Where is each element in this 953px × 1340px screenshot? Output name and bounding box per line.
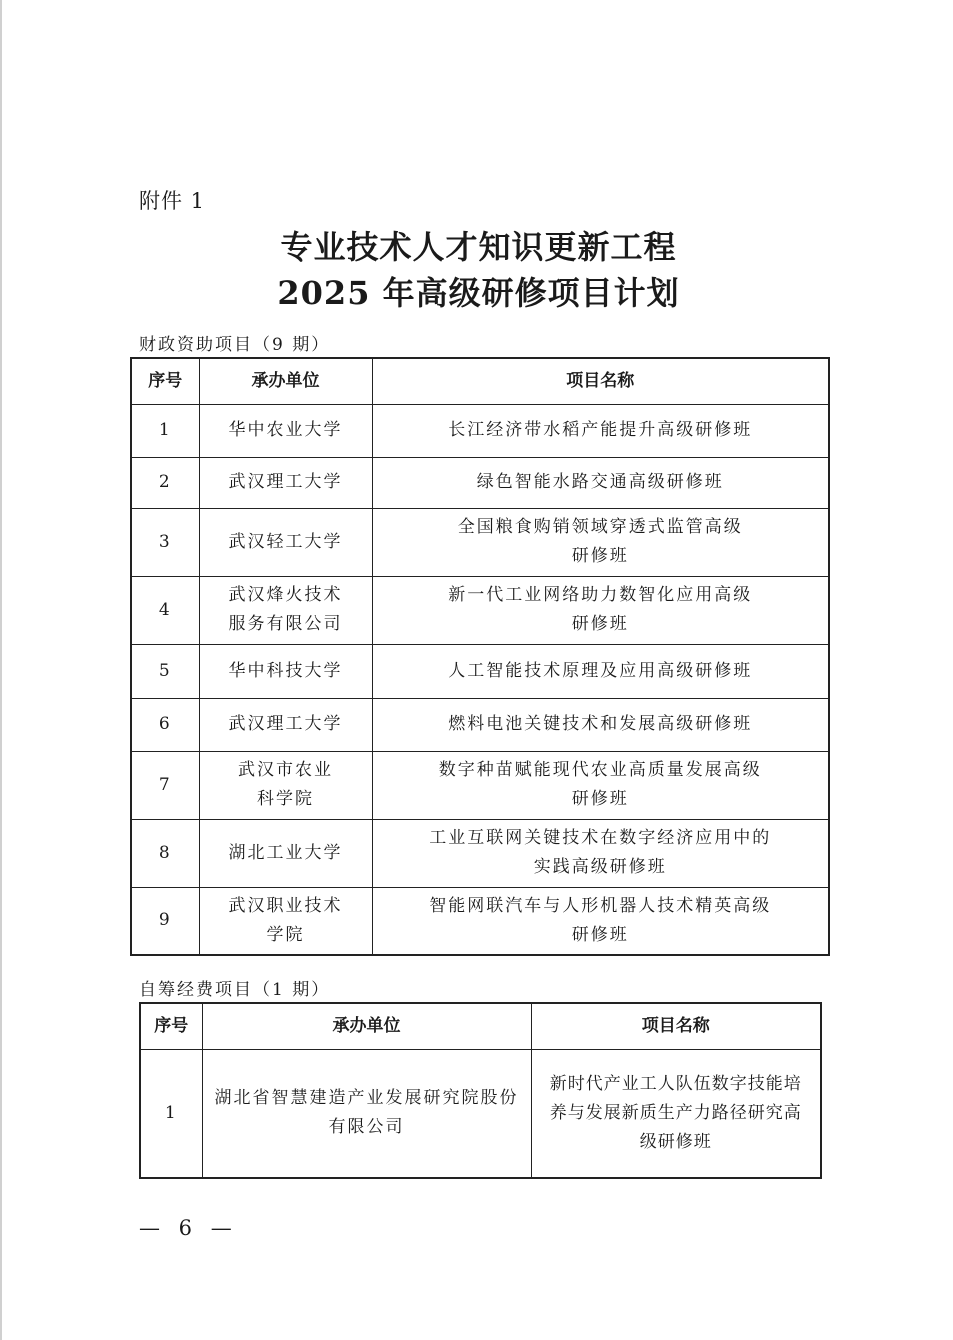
cell-project: 全国粮食购销领域穿透式监管高级 研修班 (372, 508, 829, 576)
cell-no: 4 (131, 576, 199, 644)
table-header-row: 序号 承办单位 项目名称 (140, 1003, 821, 1049)
cell-project: 新时代产业工人队伍数字技能培 养与发展新质生产力路径研究高 级研修班 (531, 1049, 821, 1178)
cell-project: 长江经济带水稻产能提升高级研修班 (372, 404, 829, 457)
cell-no: 8 (131, 819, 199, 887)
header-unit: 承办单位 (202, 1003, 531, 1049)
header-project: 项目名称 (531, 1003, 821, 1049)
cell-no: 9 (131, 887, 199, 955)
cell-no: 1 (140, 1049, 202, 1178)
table-row: 5 华中科技大学 人工智能技术原理及应用高级研修班 (131, 644, 829, 698)
cell-unit: 武汉市农业 科学院 (199, 751, 372, 819)
cell-project: 绿色智能水路交通高级研修班 (372, 457, 829, 508)
page-number: — 6 — (139, 1216, 238, 1240)
funded-section-label: 财政资助项目（9 期） (139, 330, 330, 355)
table-row: 2 武汉理工大学 绿色智能水路交通高级研修班 (131, 457, 829, 508)
attachment-label: 附件 1 (139, 185, 205, 215)
cell-unit: 武汉理工大学 (199, 457, 372, 508)
document-title-line2: 2025 年高级研修项目计划 (2, 268, 953, 314)
table-row: 1 华中农业大学 长江经济带水稻产能提升高级研修班 (131, 404, 829, 457)
table-row: 7 武汉市农业 科学院 数字种苗赋能现代农业高质量发展高级 研修班 (131, 751, 829, 819)
cell-no: 6 (131, 698, 199, 751)
funded-projects-table: 序号 承办单位 项目名称 1 华中农业大学 长江经济带水稻产能提升高级研修班 2… (130, 357, 830, 956)
cell-unit: 华中农业大学 (199, 404, 372, 457)
cell-unit: 华中科技大学 (199, 644, 372, 698)
self-funded-projects-table: 序号 承办单位 项目名称 1 湖北省智慧建造产业发展研究院股份 有限公司 新时代… (139, 1002, 822, 1179)
self-funded-section-label: 自筹经费项目（1 期） (139, 975, 330, 1000)
cell-project: 智能网联汽车与人形机器人技术精英高级 研修班 (372, 887, 829, 955)
table-row: 1 湖北省智慧建造产业发展研究院股份 有限公司 新时代产业工人队伍数字技能培 养… (140, 1049, 821, 1178)
cell-project: 人工智能技术原理及应用高级研修班 (372, 644, 829, 698)
cell-no: 7 (131, 751, 199, 819)
cell-project: 工业互联网关键技术在数字经济应用中的 实践高级研修班 (372, 819, 829, 887)
cell-no: 2 (131, 457, 199, 508)
cell-unit: 武汉理工大学 (199, 698, 372, 751)
cell-project: 数字种苗赋能现代农业高质量发展高级 研修班 (372, 751, 829, 819)
table-row: 6 武汉理工大学 燃料电池关键技术和发展高级研修班 (131, 698, 829, 751)
table-row: 9 武汉职业技术 学院 智能网联汽车与人形机器人技术精英高级 研修班 (131, 887, 829, 955)
header-project: 项目名称 (372, 358, 829, 404)
cell-unit: 湖北工业大学 (199, 819, 372, 887)
table-row: 8 湖北工业大学 工业互联网关键技术在数字经济应用中的 实践高级研修班 (131, 819, 829, 887)
cell-project: 燃料电池关键技术和发展高级研修班 (372, 698, 829, 751)
table-row: 4 武汉烽火技术 服务有限公司 新一代工业网络助力数智化应用高级 研修班 (131, 576, 829, 644)
cell-unit: 湖北省智慧建造产业发展研究院股份 有限公司 (202, 1049, 531, 1178)
cell-unit: 武汉职业技术 学院 (199, 887, 372, 955)
cell-project: 新一代工业网络助力数智化应用高级 研修班 (372, 576, 829, 644)
document-title-line1: 专业技术人才知识更新工程 (2, 222, 953, 268)
cell-no: 3 (131, 508, 199, 576)
table-header-row: 序号 承办单位 项目名称 (131, 358, 829, 404)
header-no: 序号 (131, 358, 199, 404)
cell-unit: 武汉烽火技术 服务有限公司 (199, 576, 372, 644)
table-row: 3 武汉轻工大学 全国粮食购销领域穿透式监管高级 研修班 (131, 508, 829, 576)
header-unit: 承办单位 (199, 358, 372, 404)
header-no: 序号 (140, 1003, 202, 1049)
cell-unit: 武汉轻工大学 (199, 508, 372, 576)
cell-no: 5 (131, 644, 199, 698)
cell-no: 1 (131, 404, 199, 457)
